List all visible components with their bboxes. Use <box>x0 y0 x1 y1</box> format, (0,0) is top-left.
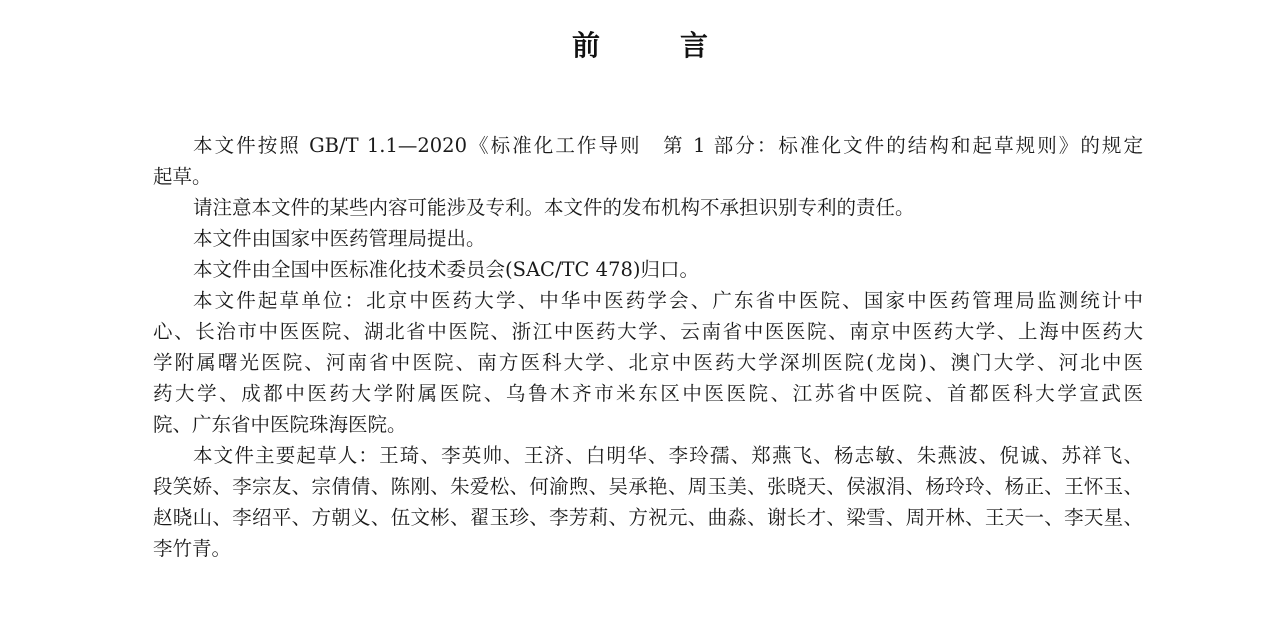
paragraph-proposer: 本文件由国家中医药管理局提出。 <box>153 223 1143 254</box>
paragraph-centralized-by: 本文件由全国中医标准化技术委员会(SAC/TC 478)归口。 <box>153 254 1143 285</box>
title-char-2: 言 <box>680 28 708 64</box>
document-page: 前言 本文件按照 GB/T 1.1—2020《标准化工作导则 第 1 部分：标准… <box>0 0 1280 618</box>
paragraph-drafting-units: 本文件起草单位：北京中医药大学、中华中医药学会、广东省中医院、国家中医药管理局监… <box>153 285 1143 440</box>
text-line: 李竹青。 <box>153 533 1143 564</box>
text-line: 本文件由全国中医标准化技术委员会(SAC/TC 478)归口。 <box>153 254 1143 285</box>
paragraph-patent-notice: 请注意本文件的某些内容可能涉及专利。本文件的发布机构不承担识别专利的责任。 <box>153 192 1143 223</box>
text-line: 起草。 <box>153 161 1143 192</box>
text-line: 院、广东省中医院珠海医院。 <box>153 409 1143 440</box>
paragraph-main-drafters: 本文件主要起草人：王琦、李英帅、王济、白明华、李玲孺、郑燕飞、杨志敏、朱燕波、倪… <box>153 440 1143 564</box>
text-line: 本文件由国家中医药管理局提出。 <box>153 223 1143 254</box>
document-body: 本文件按照 GB/T 1.1—2020《标准化工作导则 第 1 部分：标准化文件… <box>153 130 1143 564</box>
text-line: 请注意本文件的某些内容可能涉及专利。本文件的发布机构不承担识别专利的责任。 <box>153 192 1143 223</box>
text-line: 本文件起草单位：北京中医药大学、中华中医药学会、广东省中医院、国家中医药管理局监… <box>153 285 1143 316</box>
text-line: 段笑娇、李宗友、宗倩倩、陈刚、朱爱松、何渝煦、吴承艳、周玉美、张晓天、侯淑涓、杨… <box>153 471 1143 502</box>
paragraph-standard-basis: 本文件按照 GB/T 1.1—2020《标准化工作导则 第 1 部分：标准化文件… <box>153 130 1143 192</box>
text-line: 药大学、成都中医药大学附属医院、乌鲁木齐市米东区中医医院、江苏省中医院、首都医科… <box>153 378 1143 409</box>
page-title: 前言 <box>0 28 1280 64</box>
text-line: 学附属曙光医院、河南省中医院、南方医科大学、北京中医药大学深圳医院(龙岗)、澳门… <box>153 347 1143 378</box>
text-line: 本文件主要起草人：王琦、李英帅、王济、白明华、李玲孺、郑燕飞、杨志敏、朱燕波、倪… <box>153 440 1143 471</box>
text-line: 本文件按照 GB/T 1.1—2020《标准化工作导则 第 1 部分：标准化文件… <box>153 130 1143 161</box>
text-line: 赵晓山、李绍平、方朝义、伍文彬、翟玉珍、李芳莉、方祝元、曲淼、谢长才、梁雪、周开… <box>153 502 1143 533</box>
text-line: 心、长治市中医医院、湖北省中医院、浙江中医药大学、云南省中医医院、南京中医药大学… <box>153 316 1143 347</box>
title-char-1: 前 <box>572 28 600 64</box>
